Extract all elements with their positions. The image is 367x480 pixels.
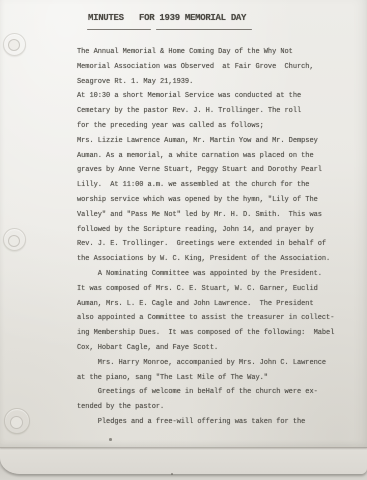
- text-line: Cox, Hobart Cagle, and Faye Scott.: [77, 341, 353, 356]
- text-line: A Nominating Committee was appointed by …: [77, 267, 353, 282]
- text-line: Auman. As a memorial, a white carnation …: [77, 149, 353, 164]
- text-line: Auman, Mrs. L. E. Cagle and John Lawrenc…: [77, 297, 353, 312]
- text-line: Lilly. At 11:00 a.m. we assembled at the…: [77, 178, 353, 193]
- paper-sheet: MINUTES FOR 1939 MEMORIAL DAY The Annual…: [0, 0, 367, 448]
- text-line: followed by the Scripture reading, John …: [77, 223, 353, 238]
- text-line: at the piano, sang "The Last Mile of The…: [77, 371, 353, 386]
- text-line: for the preceding year was called as fol…: [77, 119, 353, 134]
- hole-punch-ring-inner: [10, 416, 23, 429]
- text-line: At 10:30 a short Memorial Service was co…: [77, 89, 353, 104]
- text-line: Pledges and a free-will offering was tak…: [77, 415, 353, 430]
- scan-background: MINUTES FOR 1939 MEMORIAL DAY The Annual…: [0, 0, 367, 480]
- text-line: graves by Anne Verne Stuart, Peggy Stuar…: [77, 163, 353, 178]
- text-line: The Annual Memorial & Home Coming Day of…: [77, 45, 353, 60]
- title-underline: [156, 29, 252, 31]
- text-line: worship service which was opened by the …: [77, 193, 353, 208]
- title-underline: [87, 29, 151, 31]
- ink-speck: [109, 438, 112, 441]
- text-line: Mrs. Harry Monroe, accompanied by Mrs. J…: [77, 356, 353, 371]
- text-line: Rev. J. E. Trollinger. Greetings were ex…: [77, 237, 353, 252]
- body-lines: The Annual Memorial & Home Coming Day of…: [77, 45, 353, 430]
- hole-punch-ring-inner: [8, 235, 20, 247]
- text-line: Cemetary by the pastor Rev. J. H. Trolli…: [77, 104, 353, 119]
- paper-edge-crease: [0, 447, 367, 448]
- text-line: also appointed a Committee to assist the…: [77, 311, 353, 326]
- ink-speck: [171, 473, 173, 475]
- text-line: Mrs. Lizzie Lawrence Auman, Mr. Martin Y…: [77, 134, 353, 149]
- text-line: Valley" and "Pass Me Not" led by Mr. H. …: [77, 208, 353, 223]
- hole-punch-ring-inner: [8, 39, 20, 51]
- text-line: Memorial Association was Observed at Fai…: [77, 60, 353, 75]
- text-line: ing Membership Dues. It was composed of …: [77, 326, 353, 341]
- text-line: Greetings of welcome in beHalf of the ch…: [77, 385, 353, 400]
- text-line: the Associations by W. C. King, Presiden…: [77, 252, 353, 267]
- text-line: Seagrove Rt. 1. May 21,1939.: [77, 75, 353, 90]
- text-line: It was composed of Mrs. C. E. Stuart, W.…: [77, 282, 353, 297]
- page-title: MINUTES FOR 1939 MEMORIAL DAY: [88, 13, 246, 23]
- text-line: tended by the pastor.: [77, 400, 353, 415]
